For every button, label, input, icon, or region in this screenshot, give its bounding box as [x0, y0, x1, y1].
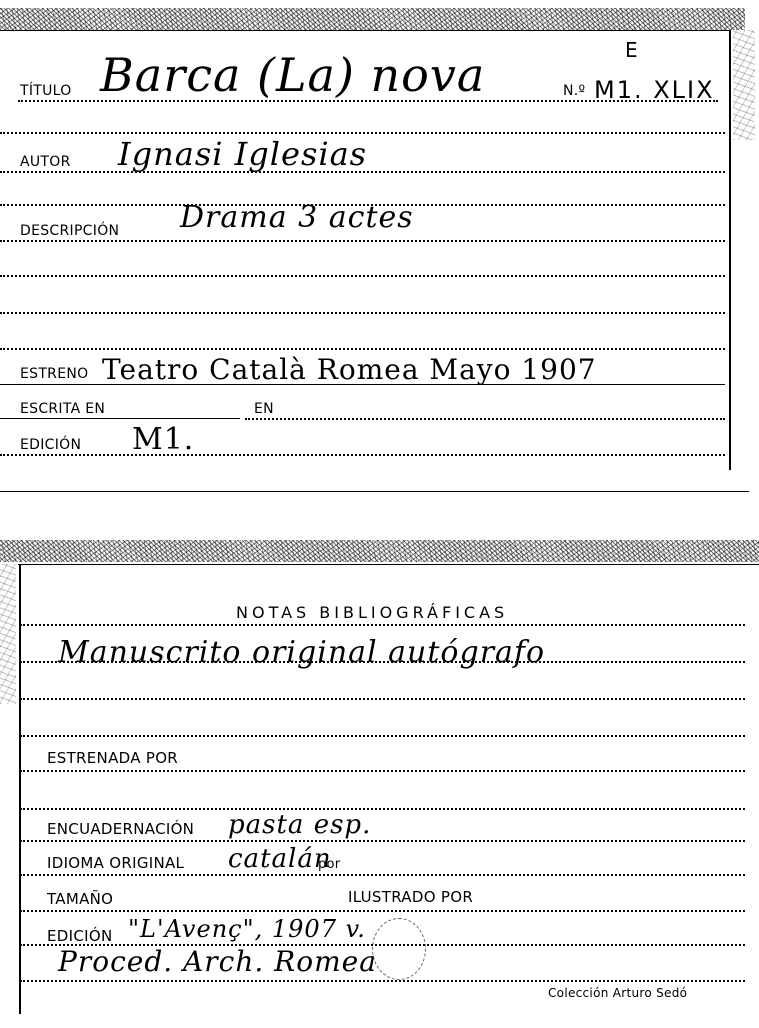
notas-value: Manuscrito original autógrafo — [58, 638, 545, 668]
edicion-label: EDICIÓN — [20, 438, 81, 452]
por-label: por — [318, 858, 340, 871]
encuadernacion-label: ENCUADERNACIÓN — [47, 822, 194, 837]
estreno-line — [0, 384, 725, 385]
card-left-border — [19, 564, 21, 1014]
blank-line-6 — [20, 698, 745, 700]
descripcion-label: DESCRIPCIÓN — [20, 224, 119, 238]
en-label: EN — [254, 402, 274, 416]
card-right-texture — [733, 30, 755, 140]
tamano-line — [20, 910, 745, 912]
blank-line-1 — [0, 132, 725, 134]
heading-line — [20, 624, 745, 626]
card-top-border — [18, 564, 759, 565]
estreno-value: Teatro Català Romea Mayo 1907 — [102, 356, 597, 384]
number-label: N.º — [563, 84, 585, 98]
card-top-texture — [0, 8, 745, 30]
procedencia-value: Proced. Arch. Romea — [58, 948, 377, 976]
titulo-label: TÍTULO — [20, 84, 72, 98]
autor-line — [0, 171, 725, 173]
tamano-label: TAMAÑO — [47, 892, 113, 907]
en-line — [245, 418, 725, 420]
titulo-line — [18, 100, 718, 102]
notas-heading: NOTAS BIBLIOGRÁFICAS — [236, 605, 508, 621]
escrita-en-line — [0, 418, 240, 419]
card-top-texture — [0, 540, 759, 562]
corner-mark: E — [625, 40, 639, 60]
edicion-value: "L'Avenç", 1907 v. — [128, 917, 366, 941]
blank-line-4 — [0, 312, 725, 314]
card-top-border — [0, 30, 730, 31]
autor-value: Ignasi Iglesias — [118, 138, 367, 170]
encuadernacion-value: pasta esp. — [228, 812, 371, 838]
encuadernacion-line — [20, 840, 745, 842]
catalog-card-back: NOTAS BIBLIOGRÁFICAS Manuscrito original… — [0, 540, 759, 1028]
estrenada-por-label: ESTRENADA POR — [47, 751, 178, 766]
idioma-original-line — [20, 874, 745, 876]
ink-stamp — [372, 918, 426, 980]
autor-label: AUTOR — [20, 155, 71, 169]
titulo-value: Barca (La) nova — [100, 52, 485, 98]
estreno-label: ESTRENO — [20, 367, 88, 381]
edicion-line — [0, 454, 725, 456]
blank-line-7 — [20, 735, 745, 737]
blank-line-8 — [20, 808, 745, 810]
estrenada-por-line — [20, 770, 745, 772]
catalog-card-front: E TÍTULO Barca (La) nova N.º M1. XLIX AU… — [0, 0, 759, 495]
procedencia-line — [20, 980, 745, 982]
card-bottom-border — [0, 491, 749, 492]
idioma-original-label: IDIOMA ORIGINAL — [47, 856, 184, 871]
card-right-border — [729, 30, 731, 470]
blank-line-5 — [0, 348, 725, 350]
edicion-label: EDICIÓN — [47, 929, 112, 944]
descripcion-value: Drama 3 actes — [180, 203, 414, 233]
ilustrado-por-label: ILUSTRADO POR — [348, 890, 473, 905]
descripcion-line — [0, 240, 725, 242]
number-value: M1. XLIX — [594, 78, 715, 102]
escrita-en-label: ESCRITA EN — [20, 402, 105, 416]
blank-line-3 — [0, 275, 725, 277]
collection-credit: Colección Arturo Sedó — [548, 987, 687, 999]
idioma-original-value: catalán — [228, 846, 332, 872]
notas-line — [20, 661, 745, 663]
card-left-texture — [0, 564, 16, 704]
edicion-value: M1. — [132, 425, 194, 455]
